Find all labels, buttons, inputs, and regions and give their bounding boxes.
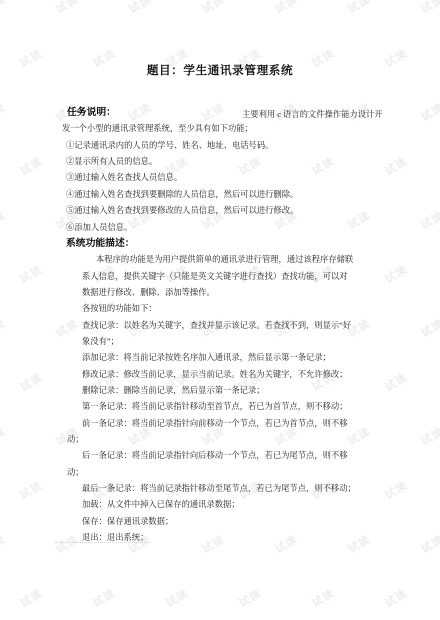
doc-line: 加载：从文件中掉入已保存的通讯录数据； (0, 499, 440, 515)
doc-line: 动； (0, 467, 440, 483)
doc-line: 本程序的功能是为用户提供简单的通讯录进行管理，通过该程序存储联 (0, 254, 440, 270)
scan-artifact (55, 542, 147, 543)
task-label: 任务说明： (67, 107, 116, 118)
document-body: 任务说明：主要利用 c 语言的文件操作能力设计开发一个小型的通讯录管理系统，至少… (0, 0, 440, 620)
task-text: 主要利用 c 语言的文件操作能力设计开 (242, 109, 383, 121)
doc-line: 第一条记录：将当前记录指针移动至首节点，若已为首节点，则不移动； (0, 401, 440, 417)
doc-line: 发一个小型的通讯录管理系统，至少具有如下功能； (0, 123, 440, 139)
doc-line: ⑤通过输入姓名查找到要修改的人员信息，然后可以进行修改。 (0, 205, 440, 221)
doc-line: 删除记录：删除当前记录，然后显示第一条记录； (0, 385, 440, 401)
doc-line: 数据进行修改、删除、添加等操作。 (0, 287, 440, 303)
doc-line: 任务说明：主要利用 c 语言的文件操作能力设计开 (0, 107, 440, 123)
doc-line: ③通过输入姓名查找人员信息。 (0, 172, 440, 188)
doc-line: 各按钮的功能如下： (0, 303, 440, 319)
doc-line: 前一条记录：将当前记录指针向前移动一个节点，若已为首节点，则不移 (0, 418, 440, 434)
document-page: 试读试读试读试读试读试读试读试读试读试读试读试读试读试读试读试读试读试读试读试读… (0, 0, 440, 620)
doc-line: 后一条记录：将当前记录指针向后移动一个节点，若已为尾节点，则不移 (0, 450, 440, 466)
doc-line: 修改记录：修改当前记录，显示当前记录。姓名为关键字，不允许修改； (0, 369, 440, 385)
doc-line: 最后一条记录：将当前记录指针移动至尾节点，若已为尾节点，则不移动； (0, 483, 440, 499)
doc-line: 退出：退出系统； (0, 532, 440, 548)
doc-line: 保存：保存通讯录数据； (0, 516, 440, 532)
doc-line: 动； (0, 434, 440, 450)
doc-line: ②显示所有人员的信息。 (0, 156, 440, 172)
doc-line: 添加记录：将当前记录按姓名序加入通讯录，然后显示第一条记录； (0, 352, 440, 368)
doc-line: ⑥添加人员信息。 (0, 222, 440, 238)
doc-line: 象没有”； (0, 336, 440, 352)
doc-line: 系统功能描述： (0, 238, 440, 254)
doc-line: ④通过输入姓名查找到要删除的人员信息，然后可以进行删除。 (0, 189, 440, 205)
doc-line: ①记录通讯录内的人员的学号、姓名、地址、电话号码。 (0, 140, 440, 156)
doc-line: 系人信息，提供关键字（只能是英文关键字进行查找）查找功能，可以对 (0, 271, 440, 287)
doc-line: 查找记录：以姓名为关键字，查找并显示该记录。若查找不到，则显示“好 (0, 320, 440, 336)
